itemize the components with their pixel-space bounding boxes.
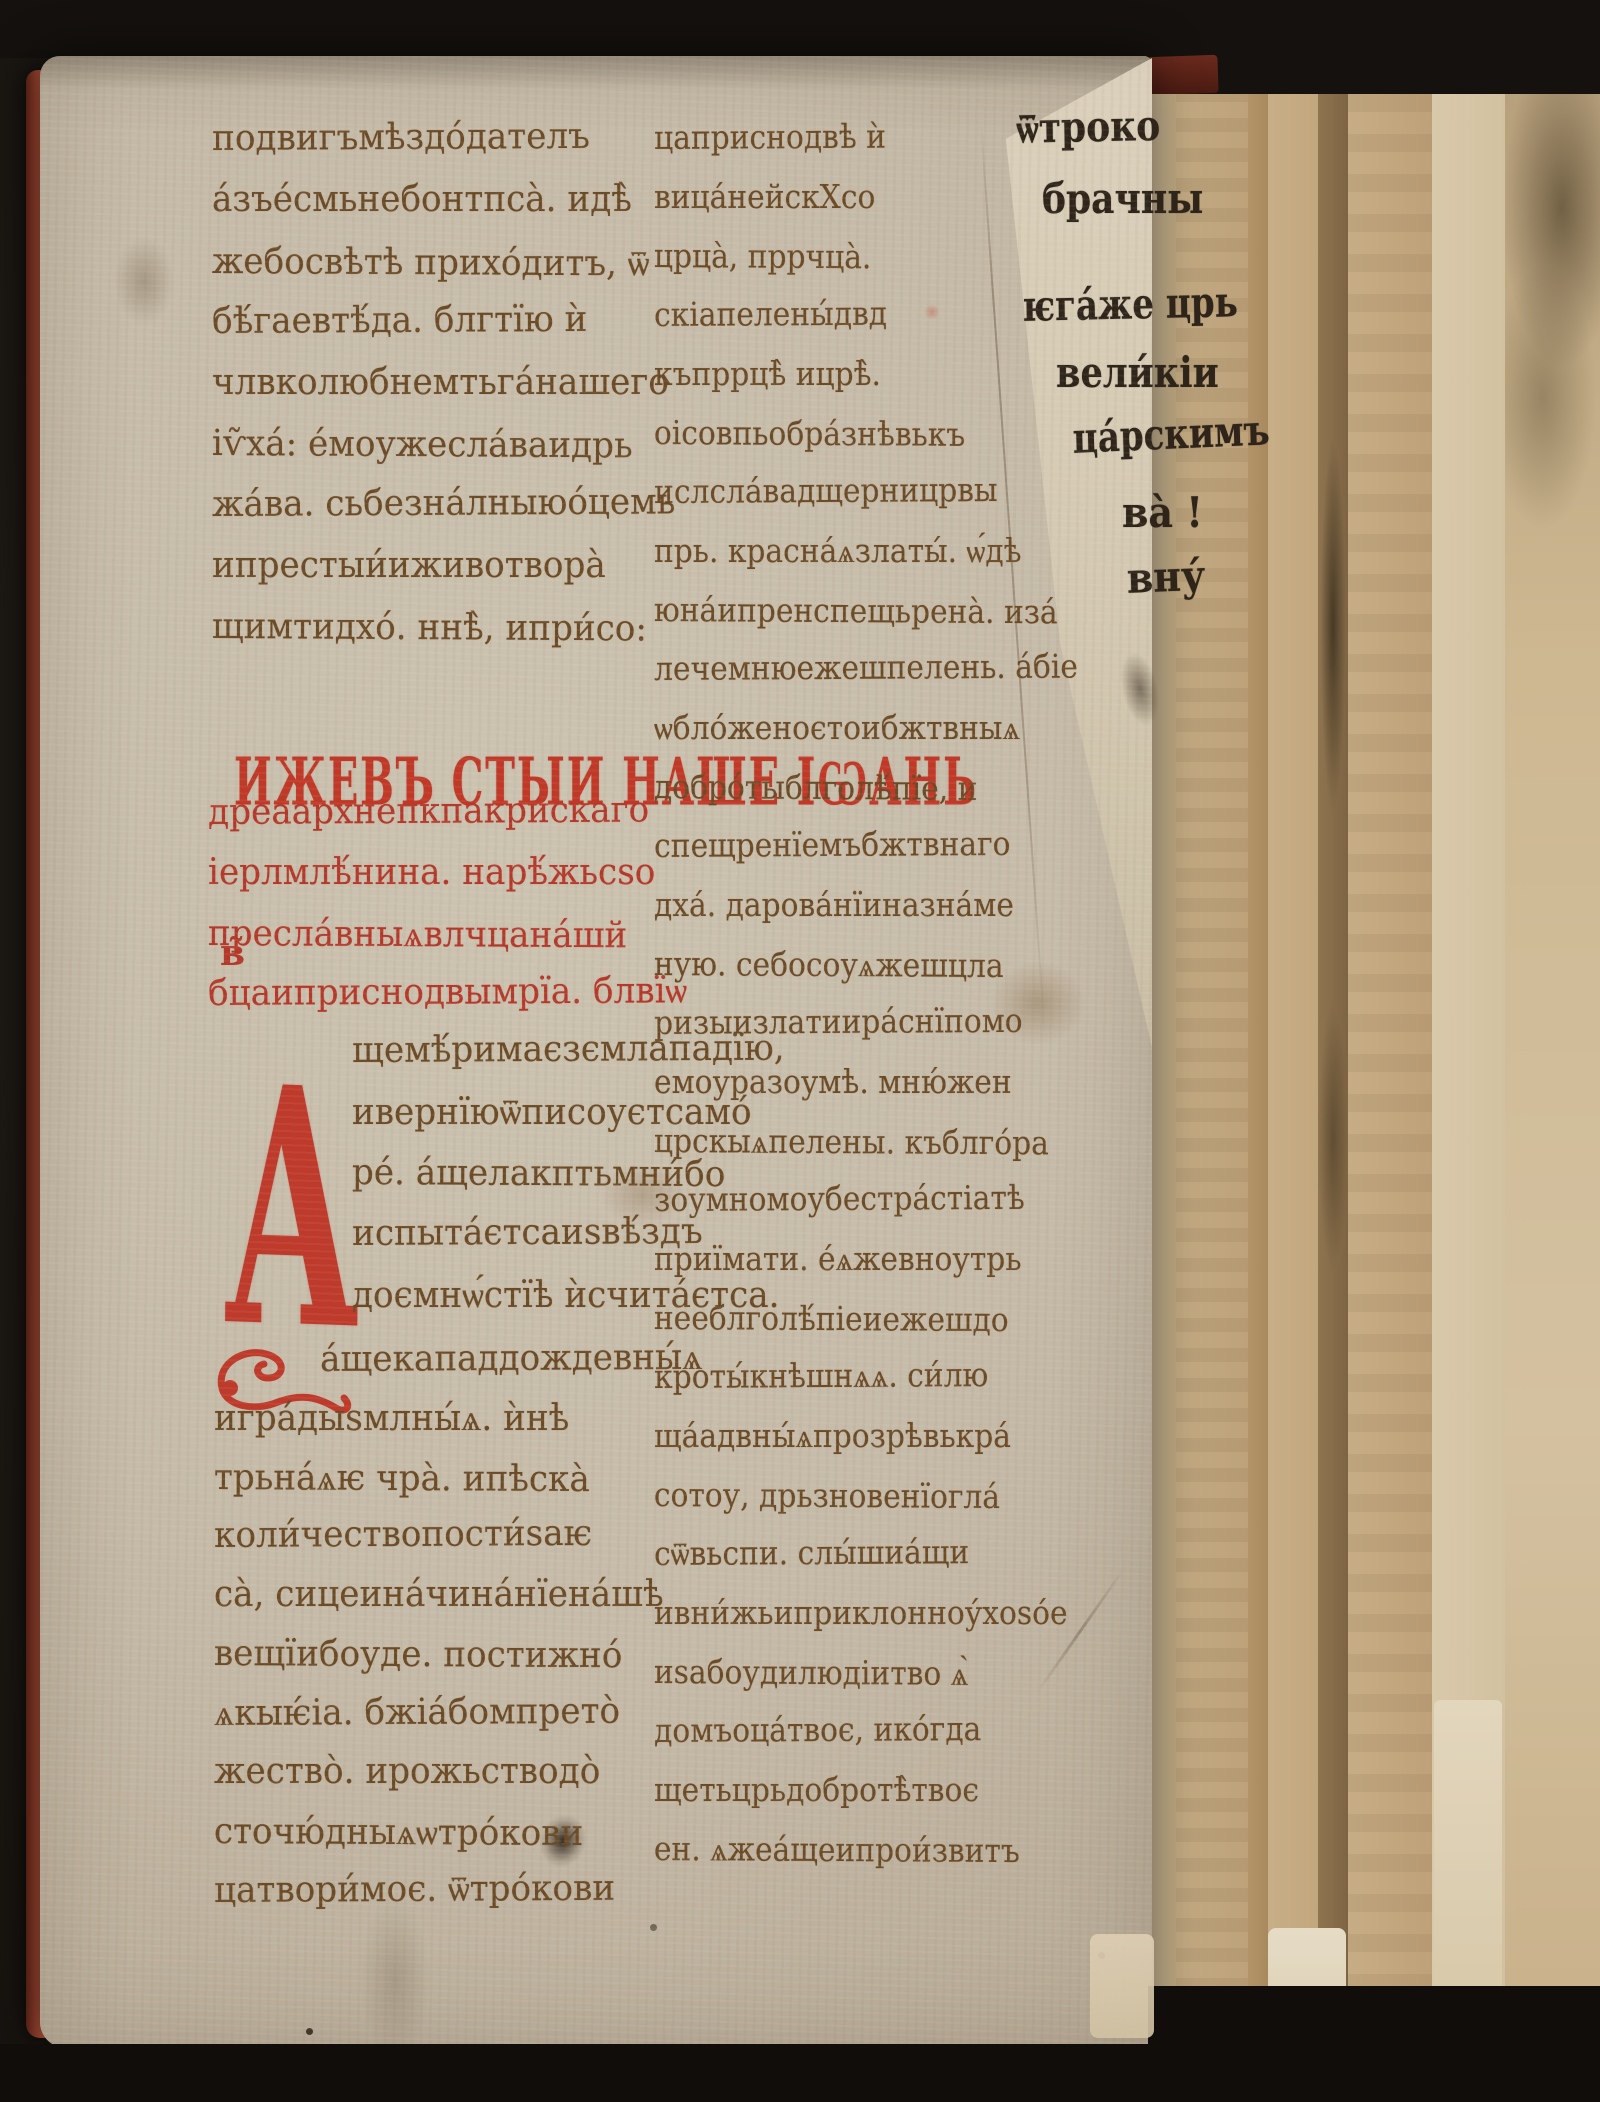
marginal-note: ѿтроко (1016, 101, 1160, 153)
text-line: цаприснодвѣ ѝ (654, 117, 886, 157)
marginal-note: вну́ (1126, 551, 1206, 603)
text-line: нееблголѣ́піеиежешдо (654, 1298, 1009, 1339)
text-line: юна́ипренспещьрена̀. иза́ (654, 590, 1058, 631)
text-line: ивни́жьиприклонноу́хоѕо́е (654, 1593, 1068, 1632)
marginal-note: ѥга́же црь (1022, 277, 1238, 331)
text-line: зоумномоубестра́стіатѣ (654, 1178, 1025, 1219)
repair-patch-small (1090, 1934, 1154, 2038)
text-line: къпррцѣ̀ ицрѣ̀. (654, 354, 881, 393)
text-line: спещренїемъбжтвнаго (654, 824, 1011, 865)
text-line: добро́тыблголѣ́пїе, и (654, 767, 978, 808)
text-line: скіапелены́двд (654, 294, 887, 334)
text-line: црца̀, пррчца̀. (654, 236, 872, 276)
text-line: ѡбло́женоєтоибжтвныѧ (654, 708, 1020, 748)
text-line: ен. ѧжеа́щеипрои́звитъ (654, 1829, 1020, 1871)
fore-edge-dark-stain (1318, 94, 1348, 1992)
text-line: лечемнюежешпелень. а́біе (654, 647, 1078, 688)
text-line: приїмати. е́ѧжевноутрь (654, 1239, 1021, 1279)
fore-edge-strip (1248, 94, 1268, 1992)
text-line: сѿвьспи. слы́шиа́щи (654, 1532, 969, 1574)
backdrop-bottom (0, 2044, 1600, 2102)
text-line: иѕабоудилюдіитво ѧ̀ (654, 1652, 969, 1694)
marginal-note: ца́рскимъ (1072, 406, 1270, 464)
repair-patch-small (1434, 1700, 1502, 2000)
photograph-background: { "document": { "kind": "medieval Church… (0, 0, 1600, 2102)
text-line: прь. красна́ѧзлаты́. ѡ́дѣ (654, 531, 1022, 571)
fore-edge-strip (1348, 94, 1432, 1992)
text-line: кроты́кнѣшнѧѧ. си́лю (654, 1355, 988, 1397)
text-line: ную. себосоуѧжешцла (654, 944, 1004, 986)
adjacent-page-edge (1505, 94, 1600, 1992)
text-line: дха́. дарова́нїиназна́ме (654, 885, 1014, 924)
text-line: емоуразоумѣ. мню́жен (654, 1062, 1012, 1101)
text-line: црскыѧпелены. къблго́ра (654, 1121, 1049, 1163)
text-line: сотоу, дрьзновенїогла́ (654, 1475, 1000, 1516)
text-line: ислсла́вадщерницрвы (654, 470, 998, 511)
text-line: ризыизлатиира́снїпомо (654, 1001, 1023, 1042)
book-fore-edge (1152, 94, 1600, 1992)
marginal-note: вели́кіи (1056, 348, 1219, 397)
marginal-note: брачны (1042, 174, 1203, 223)
text-line: щетьцрьдобротѣ̀твоє (654, 1770, 979, 1809)
marginal-note: ва̀ ! (1122, 488, 1203, 537)
text-line: вица́нейскХсо (654, 177, 875, 216)
manuscript-page: подвигъмѣздо́дателъа́зъе́смьнебонтпса̀. … (40, 56, 1152, 2048)
text-line: оісовпьобра́знѣвькъ (654, 413, 965, 454)
cover-edge-top-right (1145, 55, 1218, 95)
fore-edge-strip (1268, 94, 1318, 1992)
text-column-right: цаприснодвѣ ѝвица́нейскХсоцрца̀, пррчца̀… (40, 56, 1152, 2048)
text-line: ща́адвны́ѧпрозрѣвькра́ (654, 1416, 1011, 1456)
text-line: домъоца́твоє, ико́гда (654, 1709, 981, 1750)
